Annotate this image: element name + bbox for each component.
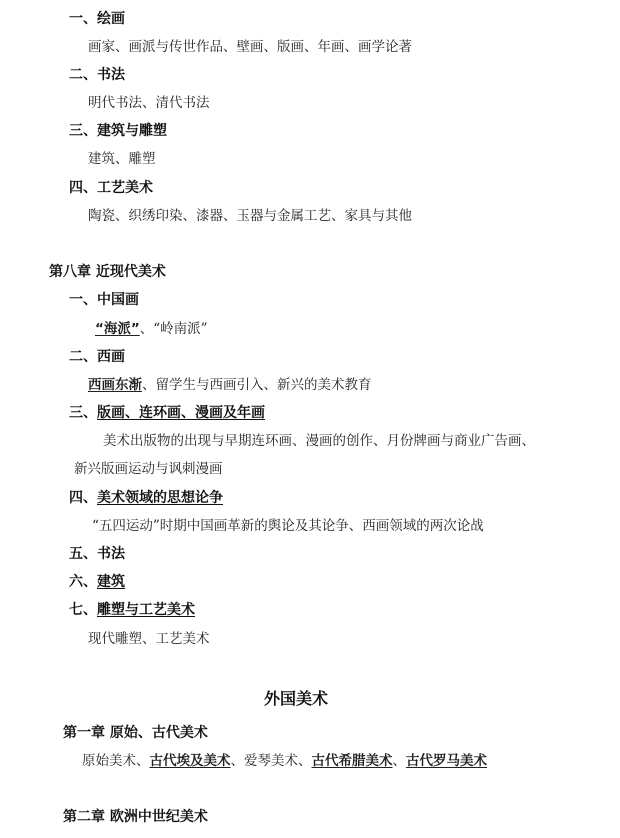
topic-underlined: 古代希腊美术 (312, 753, 393, 769)
section-title-underlined: 版画、连环画、漫画及年画 (97, 405, 265, 421)
section-body: 新兴版画运动与讽刺漫画 (74, 460, 223, 478)
separator: 、 (231, 753, 245, 769)
section-body: 明代书法、清代书法 (88, 94, 210, 112)
separator: 、 (136, 753, 150, 769)
topic: 原始美术 (82, 753, 136, 769)
section-body: 西画东渐、留学生与西画引入、新兴的美术教育 (88, 376, 372, 394)
section-number: 三、 (69, 405, 97, 421)
section-title-underlined: 美术领域的思想论争 (97, 490, 223, 506)
section-body: 美术出版物的出现与早期连环画、漫画的创作、月份牌画与商业广告画、 (103, 432, 535, 450)
section-number: 四、 (69, 490, 97, 506)
section-heading: 七、雕塑与工艺美术 (69, 601, 195, 619)
section-number: 七、 (69, 602, 97, 618)
chapter-title: 第八章 近现代美术 (49, 263, 166, 281)
keyword-underlined: 西画东渐 (88, 377, 142, 393)
keyword-underlined: “海派” (95, 321, 140, 337)
section-heading: 四、工艺美术 (69, 179, 153, 197)
section-heading: 三、版画、连环画、漫画及年画 (69, 404, 265, 422)
section-body: “海派”、“岭南派” (95, 320, 208, 338)
body-text: 、留学生与西画引入、新兴的美术教育 (142, 377, 372, 393)
chapter-title: 第二章 欧洲中世纪美术 (63, 808, 208, 826)
section-heading: 二、书法 (69, 66, 125, 84)
section-heading: 一、中国画 (69, 291, 139, 309)
topic-underlined: 古代罗马美术 (406, 753, 487, 769)
chapter-title: 第一章 原始、古代美术 (63, 724, 208, 742)
section-body: 原始美术、古代埃及美术、爱琴美术、古代希腊美术、古代罗马美术 (82, 752, 487, 770)
section-title-underlined: 建筑 (97, 574, 125, 590)
section-title-underlined: 雕塑与工艺美术 (97, 602, 195, 618)
section-body: 画家、画派与传世作品、壁画、版画、年画、画学论著 (88, 38, 412, 56)
section-heading: 六、建筑 (69, 573, 125, 591)
section-heading: 五、书法 (69, 545, 125, 563)
topic-underlined: 古代埃及美术 (150, 753, 231, 769)
section-body: 现代雕塑、工艺美术 (88, 630, 210, 648)
separator: 、 (393, 753, 407, 769)
section-body: 建筑、雕塑 (88, 150, 156, 168)
section-heading: 二、西画 (69, 348, 125, 366)
section-number: 六、 (69, 574, 97, 590)
section-heading: 四、美术领域的思想论争 (69, 489, 223, 507)
section-heading: 一、绘画 (69, 10, 125, 28)
topic: 爱琴美术 (244, 753, 298, 769)
section-body: 陶瓷、织绣印染、漆器、玉器与金属工艺、家具与其他 (88, 207, 412, 225)
section-heading: 三、建筑与雕塑 (69, 122, 167, 140)
separator: 、 (298, 753, 312, 769)
part-title: 外国美术 (264, 690, 328, 708)
section-body: “五四运动”时期中国画革新的舆论及其论争、西画领域的两次论战 (92, 517, 484, 535)
body-text: 、“岭南派” (140, 321, 208, 337)
